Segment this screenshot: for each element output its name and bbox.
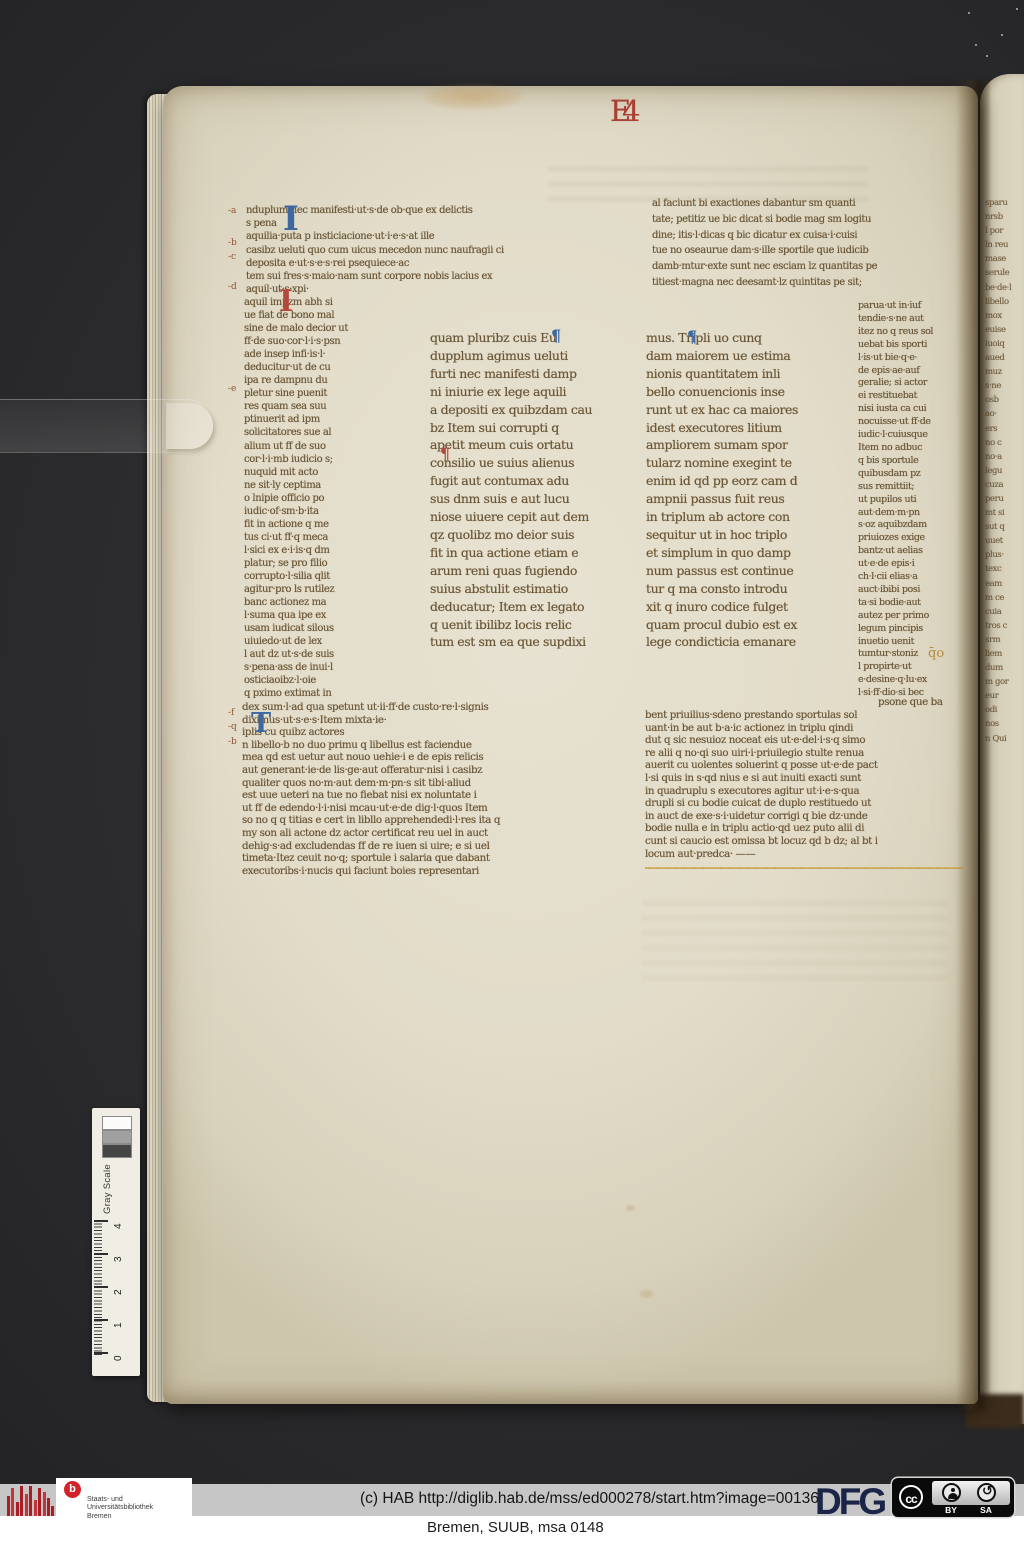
gold-flourish-line bbox=[645, 864, 963, 872]
ruler-number: 2 bbox=[113, 1281, 127, 1295]
blue-initial: T bbox=[251, 708, 271, 739]
share-alike-arrow: ↺ bbox=[979, 1484, 996, 1499]
margin-letter: -b bbox=[228, 238, 237, 248]
gutter-shadow bbox=[956, 80, 990, 1410]
show-through-text bbox=[642, 900, 948, 988]
top-right-gloss-block: al faciunt bi exactiones dabantur sm qua… bbox=[652, 196, 966, 293]
blue-paraph-mark: ¶ bbox=[687, 327, 697, 346]
dust-speck bbox=[968, 12, 970, 14]
margin-letter: -c bbox=[228, 252, 236, 262]
margin-letter: -q bbox=[228, 722, 237, 732]
dust-speck bbox=[986, 55, 988, 57]
main-text-column-1: quam pluribz cuis Eu dupplum agimus uelu… bbox=[430, 329, 644, 653]
ruler-major-tick bbox=[94, 1220, 108, 1222]
dfg-logo: DFG bbox=[815, 1481, 884, 1523]
dust-speck bbox=[1001, 34, 1003, 36]
by-label: BY bbox=[941, 1505, 961, 1515]
parchment-spot bbox=[640, 1290, 653, 1298]
gray-patch-dark bbox=[102, 1144, 132, 1158]
ruler-major-tick bbox=[94, 1286, 108, 1288]
digitized-manuscript-photo: E4 nduplum nec manifesti·ut·s·de ob·que … bbox=[0, 0, 1024, 1542]
parchment-stain bbox=[424, 85, 522, 109]
plastic-page-clip-tip bbox=[166, 403, 213, 449]
gray-patch-mid bbox=[102, 1130, 132, 1144]
cc-by-sa-badge: cc ↺ BY SA bbox=[892, 1478, 1014, 1517]
ruler-number: 4 bbox=[113, 1215, 127, 1229]
right-margin-mark: q̄o bbox=[928, 646, 944, 661]
margin-letter: -f bbox=[228, 708, 234, 718]
dust-speck bbox=[1016, 8, 1018, 10]
quire-mark: E4 bbox=[610, 94, 632, 128]
ruler-number: 0 bbox=[113, 1347, 127, 1361]
ruler-major-tick bbox=[94, 1352, 108, 1354]
blue-paraph-mark: ¶ bbox=[551, 326, 561, 345]
shelfmark-caption: Bremen, SUUB, msa 0148 bbox=[427, 1519, 604, 1536]
cc-icon: cc bbox=[899, 1485, 923, 1509]
ruler-label: Gray Scale bbox=[102, 1164, 113, 1214]
library-name: Staats- und Universitätsbibliothek Breme… bbox=[87, 1496, 191, 1521]
blue-initial: I bbox=[283, 199, 299, 239]
suub-bars-logo bbox=[6, 1486, 54, 1518]
ruler-number: 1 bbox=[113, 1314, 127, 1328]
sa-label: SA bbox=[976, 1505, 996, 1515]
dust-speck bbox=[975, 44, 977, 46]
red-paraph-mark: ¶ bbox=[440, 444, 450, 463]
suub-b-logo: b bbox=[64, 1481, 81, 1498]
cc-icon-panel: ↺ bbox=[932, 1481, 1010, 1505]
right-gloss-column: parua·ut in·iuf tendie·s·ne aut itez no … bbox=[858, 300, 966, 702]
lower-right-overhang-line: psone que ba bbox=[878, 696, 968, 708]
margin-letter: -a bbox=[228, 206, 236, 216]
margin-letter: -d bbox=[228, 282, 237, 292]
lower-left-text-block: dex sum·l·ad qua spetunt ut·ii·ff·de cus… bbox=[242, 701, 646, 879]
lower-right-text-block: bent priuilius·sdeno prestando sportulas… bbox=[645, 709, 969, 862]
person-body bbox=[948, 1493, 958, 1499]
gray-patch-white bbox=[102, 1116, 132, 1130]
ruler-major-tick bbox=[94, 1319, 108, 1321]
parchment-spot bbox=[626, 1205, 635, 1211]
margin-letter: -e bbox=[228, 384, 236, 394]
copyright-url: (c) HAB http://diglib.hab.de/mss/ed00027… bbox=[360, 1490, 819, 1508]
ruler-number: 3 bbox=[113, 1248, 127, 1262]
top-gloss-block: nduplum nec manifesti·ut·s·de ob·que ex … bbox=[246, 204, 628, 296]
person-head bbox=[951, 1488, 955, 1492]
gray-scale-ruler: Gray Scale 4 3 2 1 0 bbox=[92, 1108, 140, 1376]
ruler-major-tick bbox=[94, 1253, 108, 1255]
left-gloss-column: aquil impzm abh si ue fiat de bono mal s… bbox=[244, 296, 442, 702]
red-initial: I bbox=[279, 284, 293, 319]
person-icon bbox=[942, 1483, 961, 1502]
main-text-column-2: mus. Tripli uo cunq dam maiorem ue estim… bbox=[646, 329, 864, 653]
margin-letter: -b bbox=[228, 737, 237, 747]
share-alike-icon: ↺ bbox=[977, 1483, 996, 1502]
